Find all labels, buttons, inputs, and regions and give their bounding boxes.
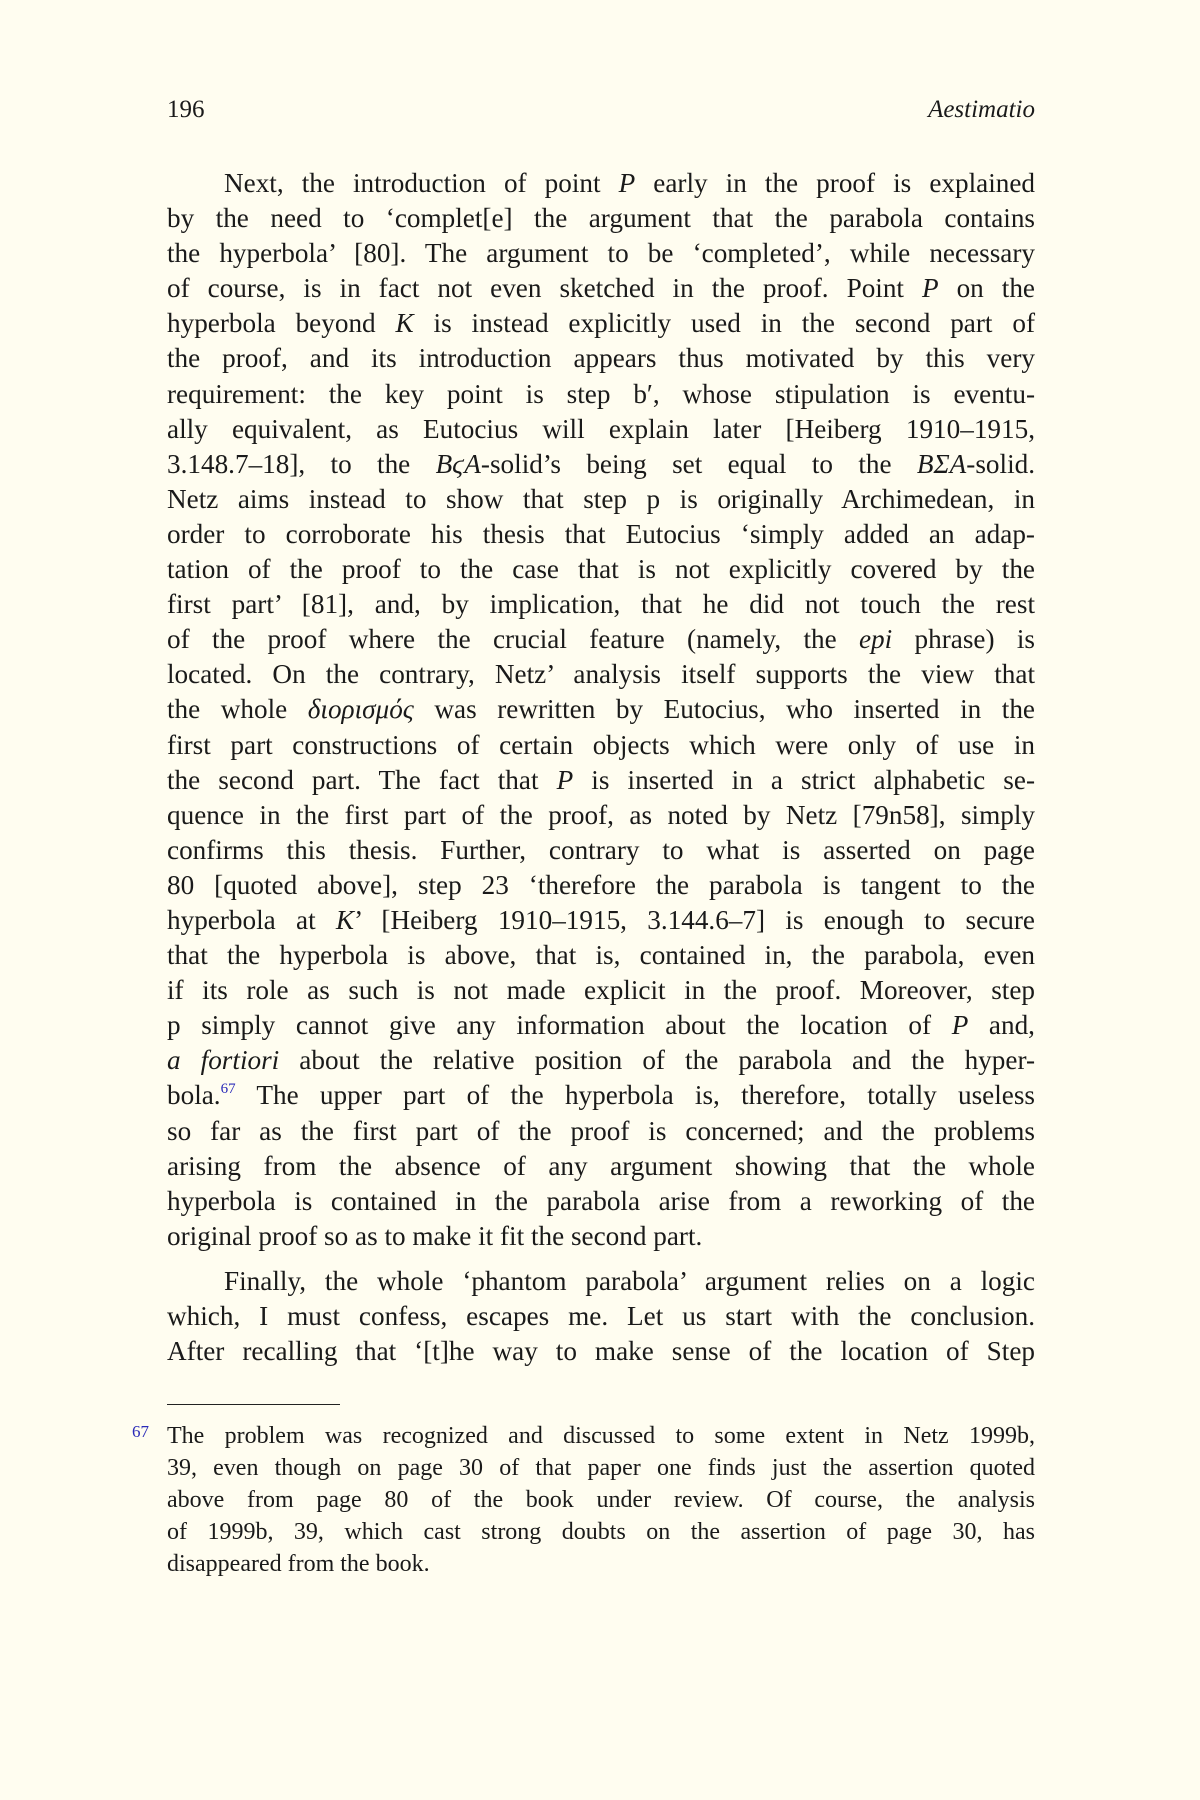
footnote-67: 67 The problem was recognized and discus…	[132, 1420, 1035, 1580]
text-line: arising from the absence of any argument…	[167, 1149, 1035, 1184]
text-line: 80 [quoted above], step 23 ‘therefore th…	[167, 868, 1035, 903]
text-segment: and,	[968, 1010, 1035, 1040]
text-line: hyperbola at K’ [Heiberg 1910–1915, 3.14…	[167, 903, 1035, 938]
text-line: p simply cannot give any information abo…	[167, 1008, 1035, 1043]
text-segment: early in the proof is explained	[635, 168, 1035, 198]
running-head: 196 Aestimatio	[167, 96, 1035, 132]
text-segment: the second part. The fact that	[167, 765, 557, 795]
text-segment: was rewritten by Eutocius, who inserted …	[414, 694, 1035, 724]
text-line: order to corroborate his thesis that Eut…	[167, 517, 1035, 552]
text-line: so far as the first part of the proof is…	[167, 1114, 1035, 1149]
text-segment: the whole	[167, 694, 308, 724]
text-segment: about the relative position of the parab…	[279, 1045, 1035, 1075]
text-line: the whole διορισμός was rewritten by Eut…	[167, 692, 1035, 727]
text-segment: on the	[939, 273, 1035, 303]
math-symbol: P	[922, 273, 939, 303]
math-symbol: P	[557, 765, 574, 795]
math-symbol: K	[336, 905, 354, 935]
text-line: located. On the contrary, Netz’ analysis…	[167, 657, 1035, 692]
text-segment: of course, is in fact not even sketched …	[167, 273, 922, 303]
text-segment: 3.148.7–18], to the	[167, 449, 436, 479]
paragraph-1: Next, the introduction of point P early …	[167, 166, 1035, 1254]
math-symbol: P	[619, 168, 636, 198]
text-line: Netz aims instead to show that step p is…	[167, 482, 1035, 517]
text-segment: ’ [Heiberg 1910–1915, 3.144.6–7] is enou…	[354, 905, 1035, 935]
text-line: that the hyperbola is above, that is, co…	[167, 938, 1035, 973]
text-line: first part’ [81], and, by implication, t…	[167, 587, 1035, 622]
text-line: if its role as such is not made explicit…	[167, 973, 1035, 1008]
greek-term: διορισμός	[308, 694, 414, 724]
text-line: requirement: the key point is step b′, w…	[167, 377, 1035, 412]
italic-term: a fortiori	[167, 1045, 279, 1075]
text-line: quence in the first part of the proof, a…	[167, 798, 1035, 833]
text-segment: -solid.	[966, 449, 1035, 479]
text-segment: hyperbola at	[167, 905, 336, 935]
footnote-line: above from page 80 of the book under rev…	[167, 1484, 1035, 1516]
text-segment: is instead explicitly used in the second…	[414, 308, 1035, 338]
journal-title: Aestimatio	[928, 96, 1035, 124]
text-segment: phrase) is	[892, 624, 1035, 654]
text-segment: The upper part of the hyperbola is, ther…	[236, 1080, 1035, 1110]
text-line: bola.67 The upper part of the hyperbola …	[167, 1078, 1035, 1113]
text-line: hyperbola is contained in the parabola a…	[167, 1184, 1035, 1219]
page: 196 Aestimatio Next, the introduction of…	[167, 96, 1035, 1369]
text-line: hyperbola beyond K is instead explicitly…	[167, 306, 1035, 341]
page-number: 196	[167, 96, 205, 124]
text-line: Next, the introduction of point P early …	[167, 166, 1035, 201]
text-line: tation of the proof to the case that is …	[167, 552, 1035, 587]
text-segment: is inserted in a strict alphabetic se-	[573, 765, 1035, 795]
math-symbol: K	[396, 308, 414, 338]
paragraph-2: Finally, the whole ‘phantom parabola’ ar…	[167, 1264, 1035, 1369]
text-segment: Next, the introduction of point	[224, 168, 619, 198]
footnote-line: disappeared from the book.	[167, 1548, 1035, 1580]
text-segment: bola.	[167, 1080, 221, 1110]
math-symbol: BϛA	[436, 449, 481, 479]
text-line: first part constructions of certain obje…	[167, 728, 1035, 763]
text-line: confirms this thesis. Further, contrary …	[167, 833, 1035, 868]
footnote-line: of 1999b, 39, which cast strong doubts o…	[167, 1516, 1035, 1548]
footnote-body: The problem was recognized and discussed…	[167, 1420, 1035, 1580]
text-line: ally equivalent, as Eutocius will explai…	[167, 412, 1035, 447]
text-segment: -solid’s being set equal to the	[481, 449, 917, 479]
body-text: Next, the introduction of point P early …	[167, 166, 1035, 1369]
text-line: After recalling that ‘[t]he way to make …	[167, 1334, 1035, 1369]
math-symbol: P	[952, 1010, 969, 1040]
text-line: by the need to ‘complet[e] the argument …	[167, 201, 1035, 236]
text-line: the hyperbola’ [80]. The argument to be …	[167, 236, 1035, 271]
text-line: original proof so as to make it fit the …	[167, 1219, 1035, 1254]
text-line: which, I must confess, escapes me. Let u…	[167, 1299, 1035, 1334]
footnote-line: 39, even though on page 30 of that paper…	[167, 1452, 1035, 1484]
text-segment: of the proof where the crucial feature (…	[167, 624, 859, 654]
text-line: the proof, and its introduction appears …	[167, 341, 1035, 376]
footnote-ref-67[interactable]: 67	[221, 1081, 236, 1097]
footnote-line: The problem was recognized and discussed…	[167, 1420, 1035, 1452]
text-line: Finally, the whole ‘phantom parabola’ ar…	[167, 1264, 1035, 1299]
text-line: a fortiori about the relative position o…	[167, 1043, 1035, 1078]
text-segment: hyperbola beyond	[167, 308, 396, 338]
footnote-rule	[167, 1404, 340, 1405]
italic-term: epi	[859, 624, 892, 654]
footnote-number: 67	[132, 1416, 149, 1448]
text-line: of course, is in fact not even sketched …	[167, 271, 1035, 306]
text-segment: p simply cannot give any information abo…	[167, 1010, 952, 1040]
text-line: the second part. The fact that P is inse…	[167, 763, 1035, 798]
text-line: of the proof where the crucial feature (…	[167, 622, 1035, 657]
math-symbol: BΣA	[917, 449, 966, 479]
text-line: 3.148.7–18], to the BϛA-solid’s being se…	[167, 447, 1035, 482]
